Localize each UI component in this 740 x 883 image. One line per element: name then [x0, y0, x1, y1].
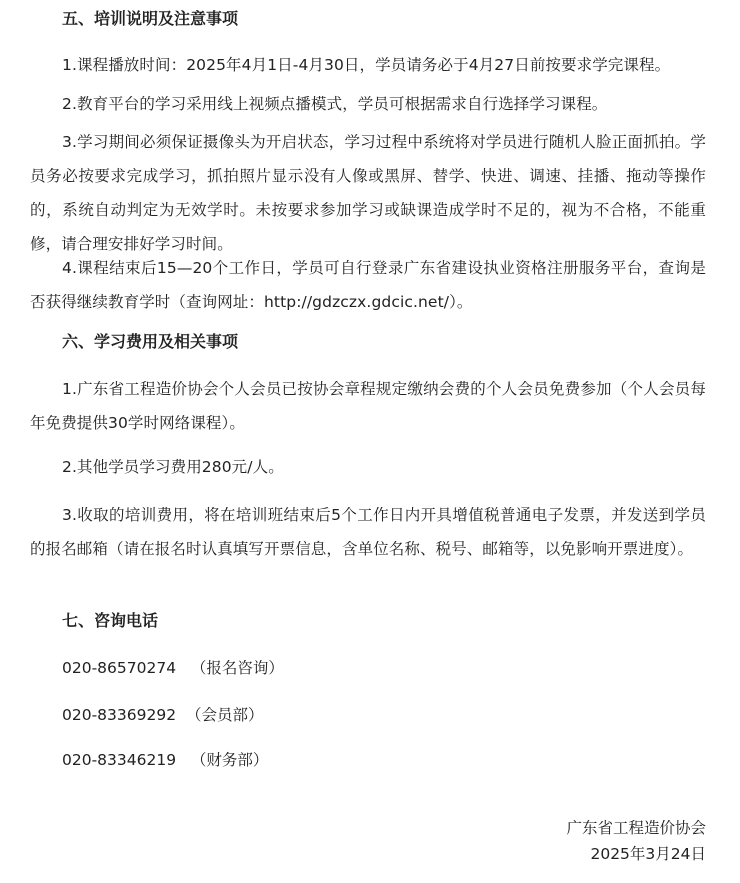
section-heading-contact: 七、咨询电话 [62, 604, 158, 638]
phone-dept: （财务部） [191, 751, 269, 769]
signature-date: 2025年3月24日 [566, 841, 706, 867]
section-heading-training-notes: 五、培训说明及注意事项 [62, 2, 238, 36]
phone-line: 020-83369292 （会员部） [62, 698, 263, 732]
phone-dept: （报名咨询） [191, 659, 284, 677]
phone-number[interactable]: 020-83369292 [62, 706, 176, 724]
phone-number[interactable]: 020-86570274 [62, 659, 176, 677]
paragraph: 2.教育平台的学习采用线上视频点播模式，学员可根据需求自行选择学习课程。 [30, 87, 706, 121]
phone-number[interactable]: 020-83346219 [62, 751, 176, 769]
phone-line: 020-86570274 （报名咨询） [62, 651, 284, 685]
paragraph: 3.收取的培训费用，将在培训班结束后5个工作日内开具增值税普通电子发票，并发送到… [30, 498, 706, 566]
paragraph: 4.课程结束后15—20个工作日，学员可自行登录广东省建设执业资格注册服务平台，… [30, 251, 706, 319]
section-heading-fees: 六、学习费用及相关事项 [62, 325, 238, 359]
document: 五、培训说明及注意事项 1.课程播放时间：2025年4月1日-4月30日，学员请… [0, 0, 740, 883]
paragraph: 1.课程播放时间：2025年4月1日-4月30日，学员请务必于4月27日前按要求… [30, 48, 706, 82]
signature-org: 广东省工程造价协会 [566, 815, 706, 841]
paragraph: 1.广东省工程造价协会个人会员已按协会章程规定缴纳会费的个人会员免费参加（个人会… [30, 372, 706, 440]
paragraph: 3.学习期间必须保证摄像头为开启状态，学习过程中系统将对学员进行随机人脸正面抓拍… [30, 125, 706, 261]
signature-block: 广东省工程造价协会 2025年3月24日 [566, 815, 706, 867]
paragraph: 2.其他学员学习费用280元/人。 [30, 450, 706, 484]
phone-line: 020-83346219 （财务部） [62, 743, 268, 777]
phone-dept: （会员部） [186, 706, 264, 724]
